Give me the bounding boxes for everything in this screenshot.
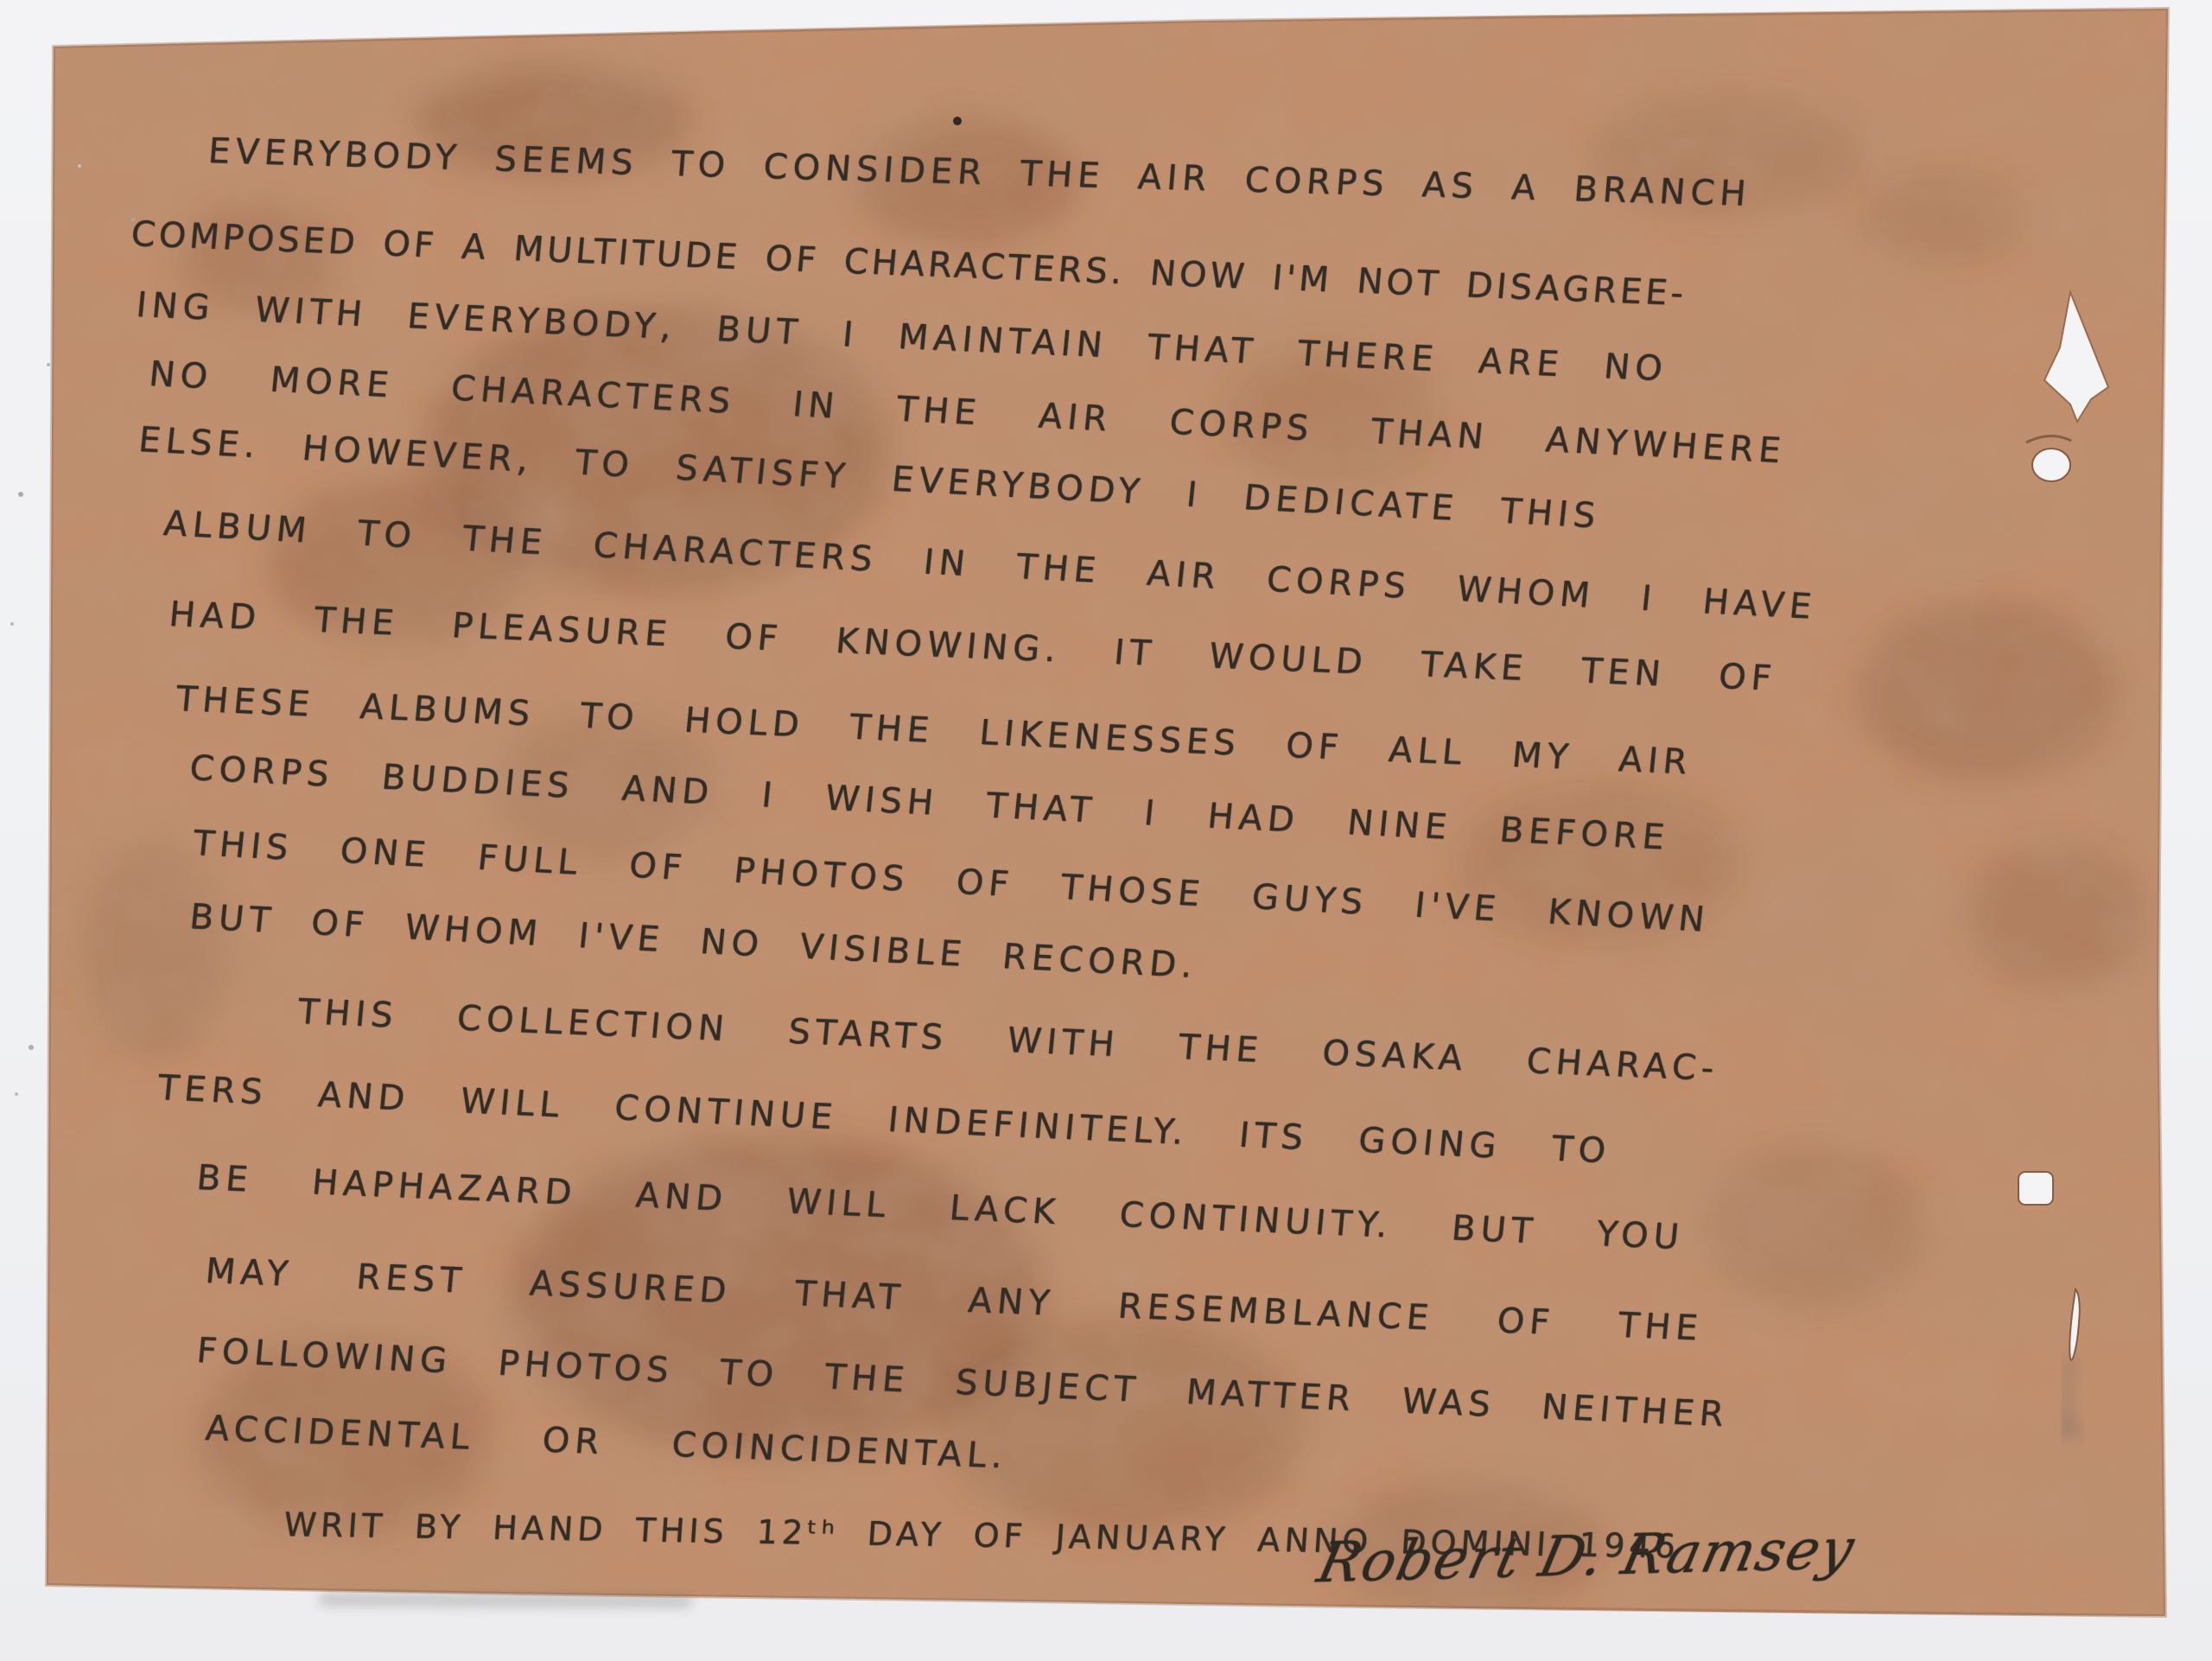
handwritten-line-1: EVERYBODY SEEMS TO CONSIDER THE AIR CORP… (207, 131, 1752, 214)
scanner-dust (131, 218, 135, 221)
handwritten-line-14: BE HAPHAZARD AND WILL LACK CONTINUITY. B… (195, 1158, 1686, 1257)
scanned-album-page: EVERYBODY SEEMS TO CONSIDER THE AIR CORP… (0, 0, 2212, 1661)
handwriting-layer: EVERYBODY SEEMS TO CONSIDER THE AIR CORP… (0, 0, 2212, 1661)
handwritten-line-12: THIS COLLECTION STARTS WITH THE OSAKA CH… (296, 992, 1721, 1089)
signature: Robert D. Ramsey (1312, 1518, 1861, 1596)
edge-shadow (320, 1594, 691, 1607)
handwritten-line-11: BUT OF WHOM I'VE NO VISIBLE RECORD. (188, 897, 1199, 986)
handwritten-line-15: MAY REST ASSURED THAT ANY RESEMBLANCE OF… (204, 1251, 1705, 1348)
handwritten-line-17: ACCIDENTAL OR COINCIDENTAL. (204, 1409, 1009, 1476)
handwritten-line-13: TERS AND WILL CONTINUE INDEFINITELY. ITS… (156, 1068, 1613, 1171)
